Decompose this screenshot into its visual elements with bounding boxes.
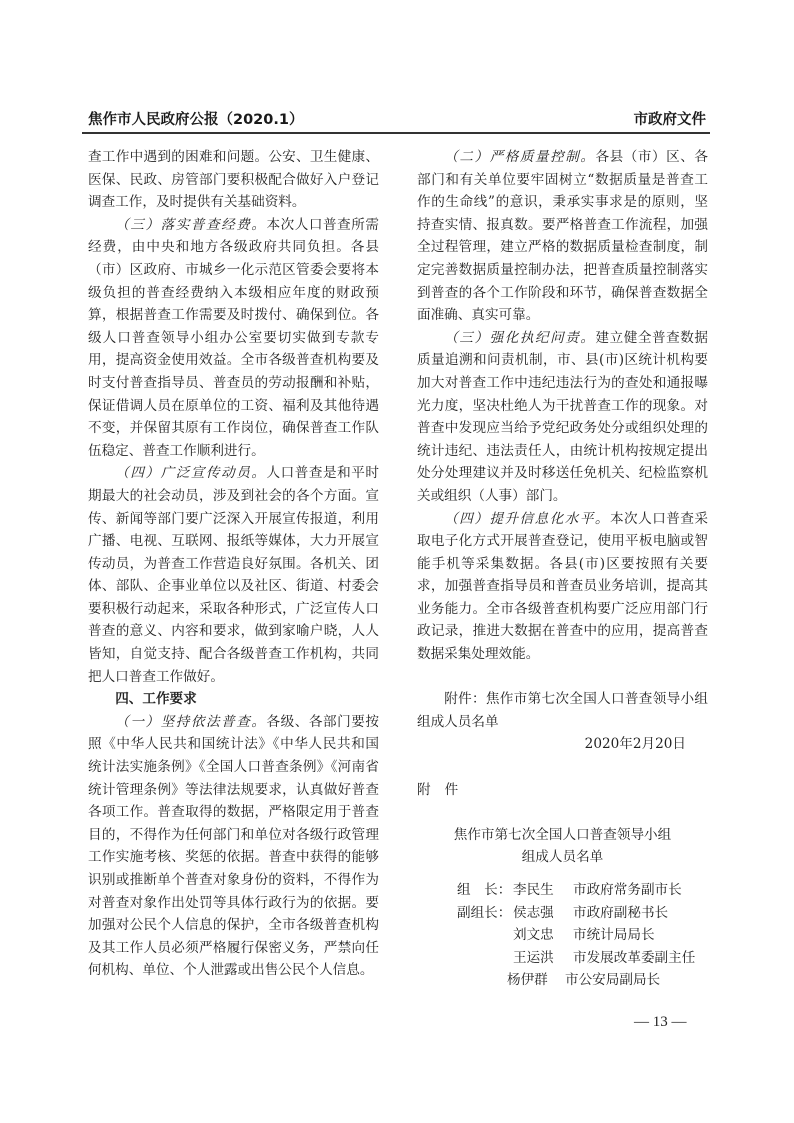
paragraph-body: 本次人口普查采取电子化方式开展普查登记，使用平板电脑或智能手机等采集数据。各县(…: [417, 511, 708, 663]
member-title: 市政府常务副市长: [573, 879, 682, 902]
paragraph-body: 人口普查是和平时期最大的社会动员，涉及到社会的各个方面。宣传、新闻等部门要广泛深…: [88, 465, 379, 684]
paragraph-lead: （二）严格质量控制。: [444, 149, 595, 165]
section-title: 市政府文件: [634, 108, 707, 129]
spacer: [417, 801, 708, 824]
attachment-label-char: 件: [445, 782, 459, 798]
spacer: [417, 756, 708, 779]
section-heading: 四、工作要求: [88, 688, 379, 711]
publication-title: 焦作市人民政府公报（2020.1）: [88, 108, 303, 129]
paragraph-body: 各县（市）区、各部门和有关单位要牢固树立“数据质量是普查工作的生命线”的意识，秉…: [417, 149, 708, 323]
attachment-note: 附件：焦作市第七次全国人口普查领导小组组成人员名单: [417, 688, 708, 733]
left-column: 查工作中遇到的困难和问题。公安、卫生健康、医保、民政、房管部门要积极配合做好入户…: [88, 146, 379, 982]
member-name: 杨伊群: [507, 969, 548, 992]
paragraph-quality: （二）严格质量控制。各县（市）区、各部门和有关单位要牢固树立“数据质量是普查工作…: [417, 146, 708, 327]
member-row: 杨伊群 市公安局副局长: [417, 969, 708, 992]
attachment-subtitle: 组成人员名单: [417, 846, 708, 869]
page-number: — 13 —: [634, 1014, 687, 1031]
member-title: 市统计局局长: [573, 924, 655, 947]
paragraph-lead: （四）提升信息化水平。: [444, 511, 610, 527]
member-title: 市政府副秘书长: [573, 902, 668, 925]
member-role: 副组长：: [457, 902, 511, 925]
member-row: 副组长： 侯志强 市政府副秘书长: [417, 902, 708, 925]
paragraph-body: 建立健全普查数据质量追溯和问责机制，市、县(市)区统计机构要加大对普查工作中违纪…: [417, 330, 708, 504]
attachment-label: 附件: [417, 779, 708, 802]
member-title: 市公安局副局长: [565, 969, 660, 992]
paragraph-lead: （一）坚持依法普查。: [115, 714, 266, 730]
paragraph-lead: （三）强化执纪问责。: [444, 330, 595, 346]
right-column: （二）严格质量控制。各县（市）区、各部门和有关单位要牢固树立“数据质量是普查工作…: [417, 146, 708, 992]
member-name: 刘文忠: [513, 924, 554, 947]
member-name: 王运洪: [513, 947, 554, 970]
page-header: 焦作市人民政府公报（2020.1） 市政府文件: [82, 108, 710, 130]
paragraph-publicity: （四）广泛宣传动员。人口普查是和平时期最大的社会动员，涉及到社会的各个方面。宣传…: [88, 462, 379, 688]
member-row: 王运洪 市发展改革委副主任: [417, 947, 708, 970]
member-name: 侯志强: [513, 902, 554, 925]
paragraph-legal: （一）坚持依法普查。各级、各部门要按照《中华人民共和国统计法》《中华人民共和国统…: [88, 711, 379, 982]
paragraph-lead: （三）落实普查经费。: [115, 217, 266, 233]
paragraph-body: 本次人口普查所需经费，由中央和地方各级政府共同负担。各县（市）区政府、市城乡一化…: [88, 217, 379, 459]
member-row: 组 长： 李民生 市政府常务副市长: [417, 879, 708, 902]
issue-date: 2020年2月20日: [417, 733, 708, 756]
attachment-title: 焦作市第七次全国人口普查领导小组: [417, 824, 708, 847]
attachment-label-char: 附: [417, 782, 431, 798]
member-role: 组 长：: [457, 879, 511, 902]
spacer: [417, 666, 708, 689]
member-row: 刘文忠 市统计局局长: [417, 924, 708, 947]
paragraph-funding: （三）落实普查经费。本次人口普查所需经费，由中央和地方各级政府共同负担。各县（市…: [88, 214, 379, 463]
header-divider: [82, 132, 710, 134]
member-name: 李民生: [513, 879, 554, 902]
member-title: 市发展改革委副主任: [573, 947, 695, 970]
member-list: 组 长： 李民生 市政府常务副市长 副组长： 侯志强 市政府副秘书长 刘文忠 市…: [417, 879, 708, 992]
paragraph-accountability: （三）强化执纪问责。建立健全普查数据质量追溯和问责机制，市、县(市)区统计机构要…: [417, 327, 708, 508]
paragraph-informatization: （四）提升信息化水平。本次人口普查采取电子化方式开展普查登记，使用平板电脑或智能…: [417, 508, 708, 666]
paragraph-lead: （四）广泛宣传动员。: [115, 465, 266, 481]
paragraph-body: 各级、各部门要按照《中华人民共和国统计法》《中华人民共和国统计法实施条例》《全国…: [88, 714, 379, 979]
paragraph: 查工作中遇到的困难和问题。公安、卫生健康、医保、民政、房管部门要积极配合做好入户…: [88, 146, 379, 214]
